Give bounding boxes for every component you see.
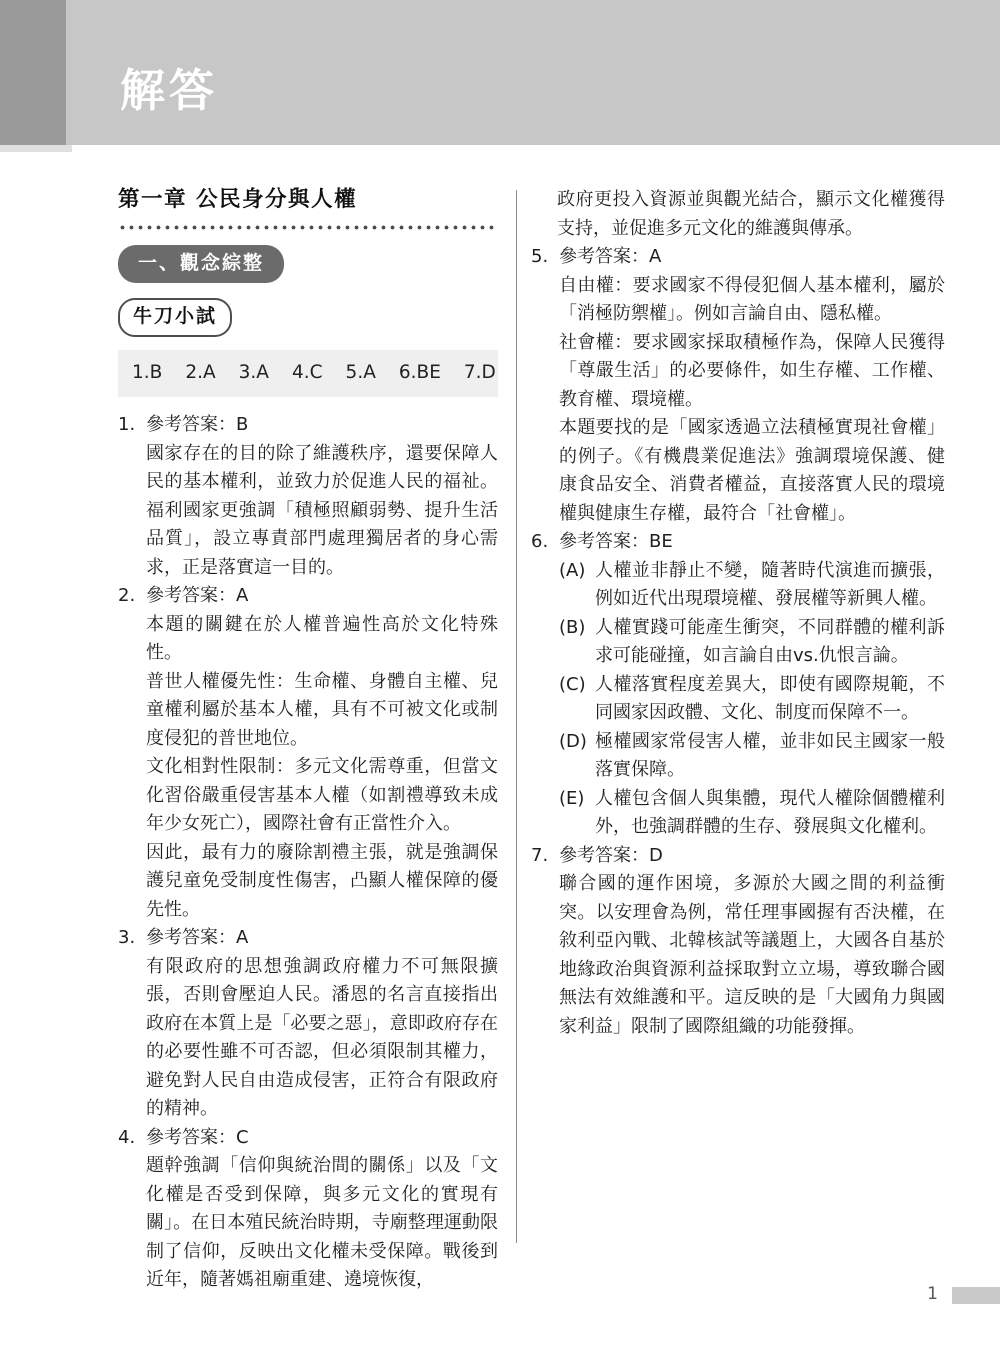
answer-item-3: 3. 參考答案：A 有限政府的思想強調政府權力不可無限擴張，否則會壓迫人民。潘恩… (118, 924, 498, 1124)
item-number: 4. (118, 1124, 146, 1295)
item-title: 參考答案：A (146, 924, 498, 953)
answer-key-strip: 1.B 2.A 3.A 4.C 5.A 6.BE 7.D (118, 350, 498, 398)
dotted-rule (118, 225, 496, 230)
left-column: 第一章 公民身分與人權 一、觀念綜整 牛刀小試 1.B 2.A 3.A 4.C … (118, 186, 498, 1295)
option-text: 人權包含個人與集體，現代人權除個體權利外，也強調群體的生存、發展與文化權利。 (595, 785, 945, 842)
item-title: 參考答案：BE (559, 528, 945, 557)
answer-key-entry: 1.B (132, 359, 162, 388)
answer-key-entry: 7.D (464, 359, 496, 388)
option-label: (E) (559, 785, 595, 842)
answer-item-2: 2. 參考答案：A 本題的關鍵在於人權普遍性高於文化特殊性。 普世人權優先性：生… (118, 582, 498, 924)
item-paragraph: 國家存在的目的除了維護秩序，還要保障人民的基本權利，並致力於促進人民的福祉。福利… (146, 440, 498, 583)
item-title: 參考答案：A (559, 243, 945, 272)
option-text: 極權國家常侵害人權，並非如民主國家一般落實保障。 (595, 728, 945, 785)
item-title: 參考答案：D (559, 842, 945, 871)
option-a: (A) 人權並非靜止不變，隨著時代演進而擴張，例如近代出現環境權、發展權等新興人… (559, 557, 945, 614)
banner-corner-tab (0, 145, 72, 152)
page-number-bar (952, 1287, 1000, 1304)
option-b: (B) 人權實踐可能產生衝突，不同群體的權利訴求可能碰撞，如言論自由vs.仇恨言… (559, 614, 945, 671)
option-c: (C) 人權落實程度差異大，即使有國際規範，不同國家因政體、文化、制度而保障不一… (559, 671, 945, 728)
answer-key-entry: 5.A (346, 359, 376, 388)
item-paragraph: 普世人權優先性：生命權、身體自主權、兒童權利屬於基本人權，具有不可被文化或制度侵… (146, 668, 498, 754)
item-paragraph: 有限政府的思想強調政府權力不可無限擴張，否則會壓迫人民。潘恩的名言直接指出政府在… (146, 953, 498, 1124)
answer-item-5: 5. 參考答案：A 自由權：要求國家不得侵犯個人基本權利，屬於「消極防禦權」。例… (531, 243, 945, 528)
item-paragraph: 社會權：要求國家採取積極作為，保障人民獲得「尊嚴生活」的必要條件，如生存權、工作… (559, 329, 945, 415)
section-badge: 一、觀念綜整 (118, 245, 284, 284)
item-paragraph: 本題要找的是「國家透過立法積極實現社會權」的例子。《有機農業促進法》強調環境保護… (559, 414, 945, 528)
item-title: 參考答案：C (146, 1124, 498, 1153)
item-number: 7. (531, 842, 559, 1042)
item-number: 1. (118, 411, 146, 582)
item-paragraph: 文化相對性限制：多元文化需尊重，但當文化習俗嚴重侵害基本人權（如割禮導致未成年少… (146, 753, 498, 839)
item-paragraph: 自由權：要求國家不得侵犯個人基本權利，屬於「消極防禦權」。例如言論自由、隱私權。 (559, 272, 945, 329)
item-paragraph: 聯合國的運作困境，多源於大國之間的利益衝突。以安理會為例，常任理事國握有否決權，… (559, 870, 945, 1041)
answer-item-4: 4. 參考答案：C 題幹強調「信仰與統治間的關係」以及「文化權是否受到保障，與多… (118, 1124, 498, 1295)
item-paragraph: 題幹強調「信仰與統治間的關係」以及「文化權是否受到保障，與多元文化的實現有關」。… (146, 1152, 498, 1295)
item-number: 2. (118, 582, 146, 924)
option-text: 人權實踐可能產生衝突，不同群體的權利訴求可能碰撞，如言論自由vs.仇恨言論。 (595, 614, 945, 671)
item-number: 3. (118, 924, 146, 1124)
answer-item-1: 1. 參考答案：B 國家存在的目的除了維護秩序，還要保障人民的基本權利，並致力於… (118, 411, 498, 582)
item-4-continuation: 政府更投入資源並與觀光結合，顯示文化權獲得支持，並促進多元文化的維護與傳承。 (557, 186, 945, 243)
page-title: 解答 (120, 68, 218, 113)
answer-item-6: 6. 參考答案：BE (A) 人權並非靜止不變，隨著時代演進而擴張，例如近代出現… (531, 528, 945, 842)
page-number: 1 (908, 1284, 938, 1304)
option-label: (D) (559, 728, 595, 785)
option-text: 人權落實程度差異大，即使有國際規範，不同國家因政體、文化、制度而保障不一。 (595, 671, 945, 728)
item-number: 6. (531, 528, 559, 842)
quiz-badge: 牛刀小試 (118, 298, 232, 337)
option-e: (E) 人權包含個人與集體，現代人權除個體權利外，也強調群體的生存、發展與文化權… (559, 785, 945, 842)
option-label: (A) (559, 557, 595, 614)
answer-key-entry: 3.A (239, 359, 269, 388)
right-column: 政府更投入資源並與觀光結合，顯示文化權獲得支持，並促進多元文化的維護與傳承。 5… (531, 186, 945, 1041)
option-text: 人權並非靜止不變，隨著時代演進而擴張，例如近代出現環境權、發展權等新興人權。 (595, 557, 945, 614)
answer-item-7: 7. 參考答案：D 聯合國的運作困境，多源於大國之間的利益衝突。以安理會為例，常… (531, 842, 945, 1042)
column-divider (516, 190, 517, 1243)
item-paragraph: 因此，最有力的廢除割禮主張，就是強調保護兒童免受制度性傷害，凸顯人權保障的優先性… (146, 839, 498, 925)
answer-key-entry: 6.BE (399, 359, 441, 388)
option-d: (D) 極權國家常侵害人權，並非如民主國家一般落實保障。 (559, 728, 945, 785)
item-paragraph: 本題的關鍵在於人權普遍性高於文化特殊性。 (146, 611, 498, 668)
chapter-title: 第一章 公民身分與人權 (118, 186, 498, 215)
answer-key-entry: 4.C (292, 359, 323, 388)
item-number: 5. (531, 243, 559, 528)
option-label: (B) (559, 614, 595, 671)
answer-key-entry: 2.A (185, 359, 215, 388)
item-title: 參考答案：A (146, 582, 498, 611)
banner-corner-block (0, 0, 66, 145)
option-label: (C) (559, 671, 595, 728)
item-title: 參考答案：B (146, 411, 498, 440)
